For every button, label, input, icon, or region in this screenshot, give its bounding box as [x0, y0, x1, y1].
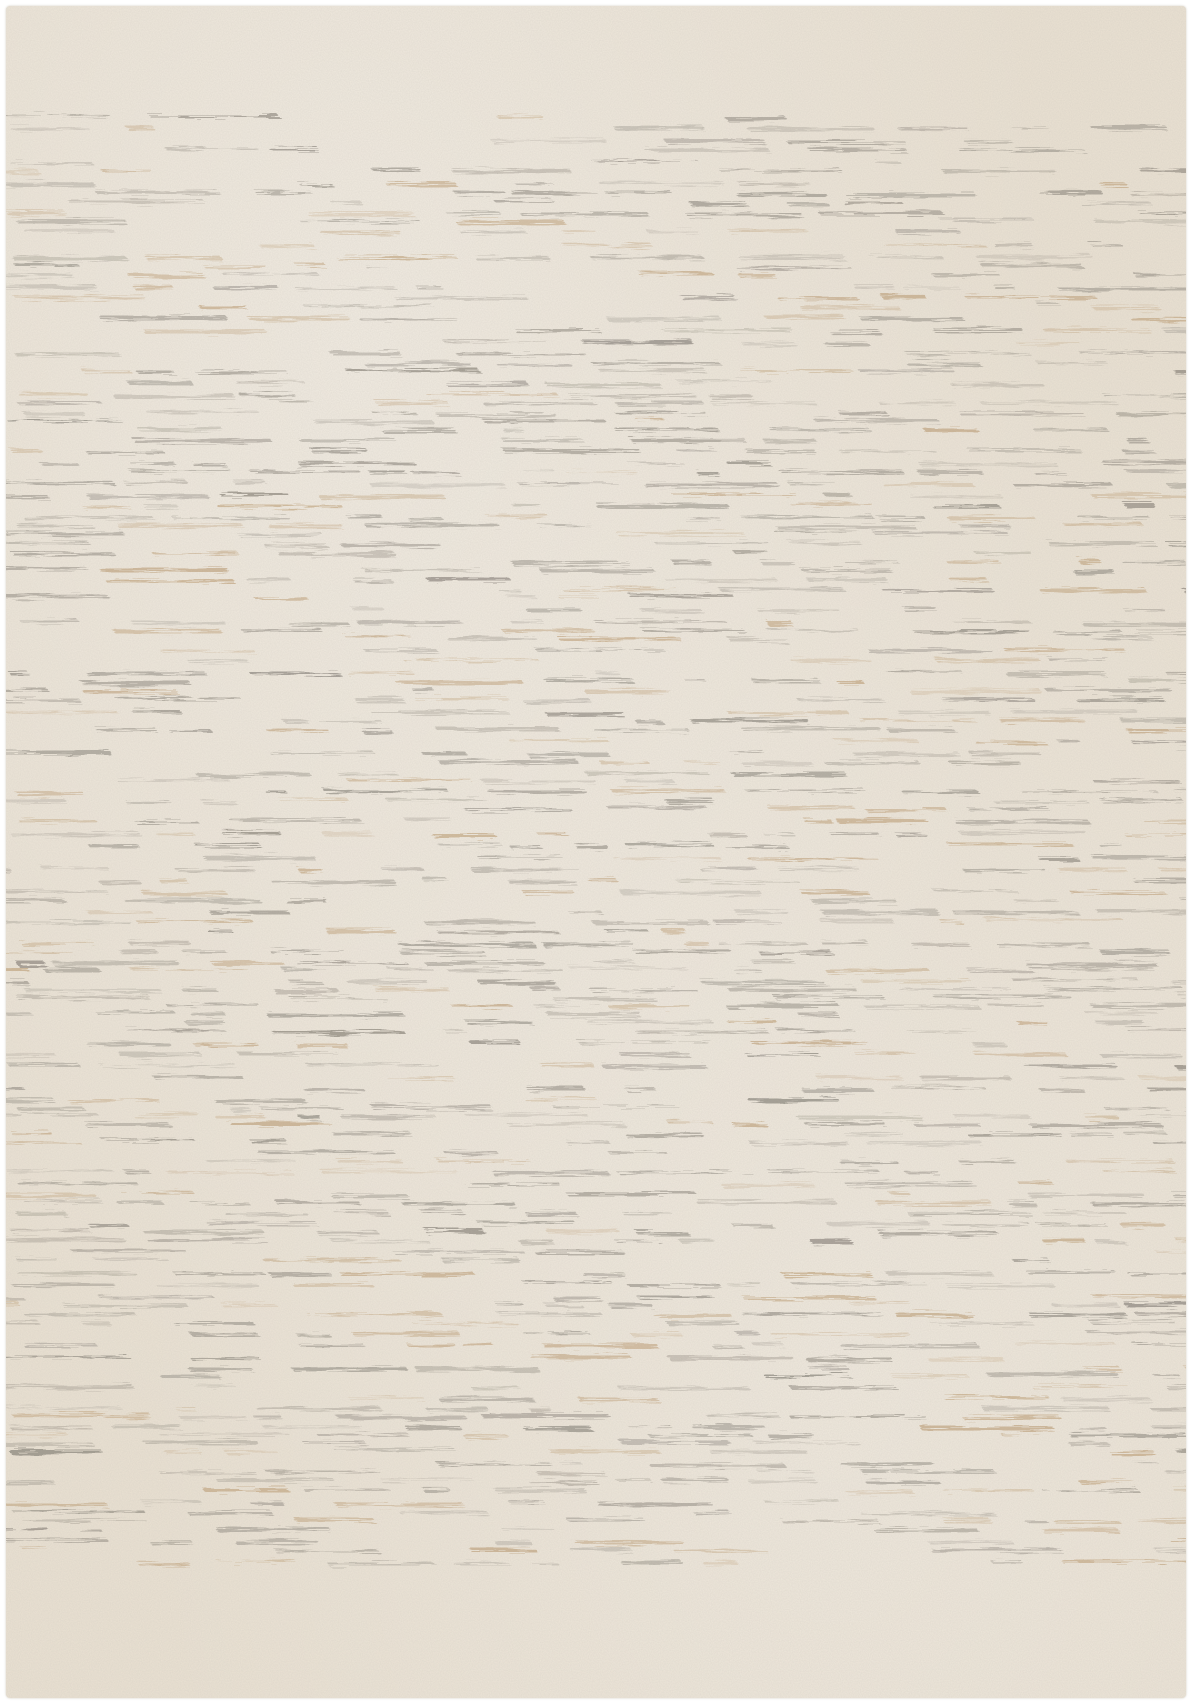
rug-photo	[6, 6, 1186, 1698]
rug-texture	[6, 6, 1186, 1698]
